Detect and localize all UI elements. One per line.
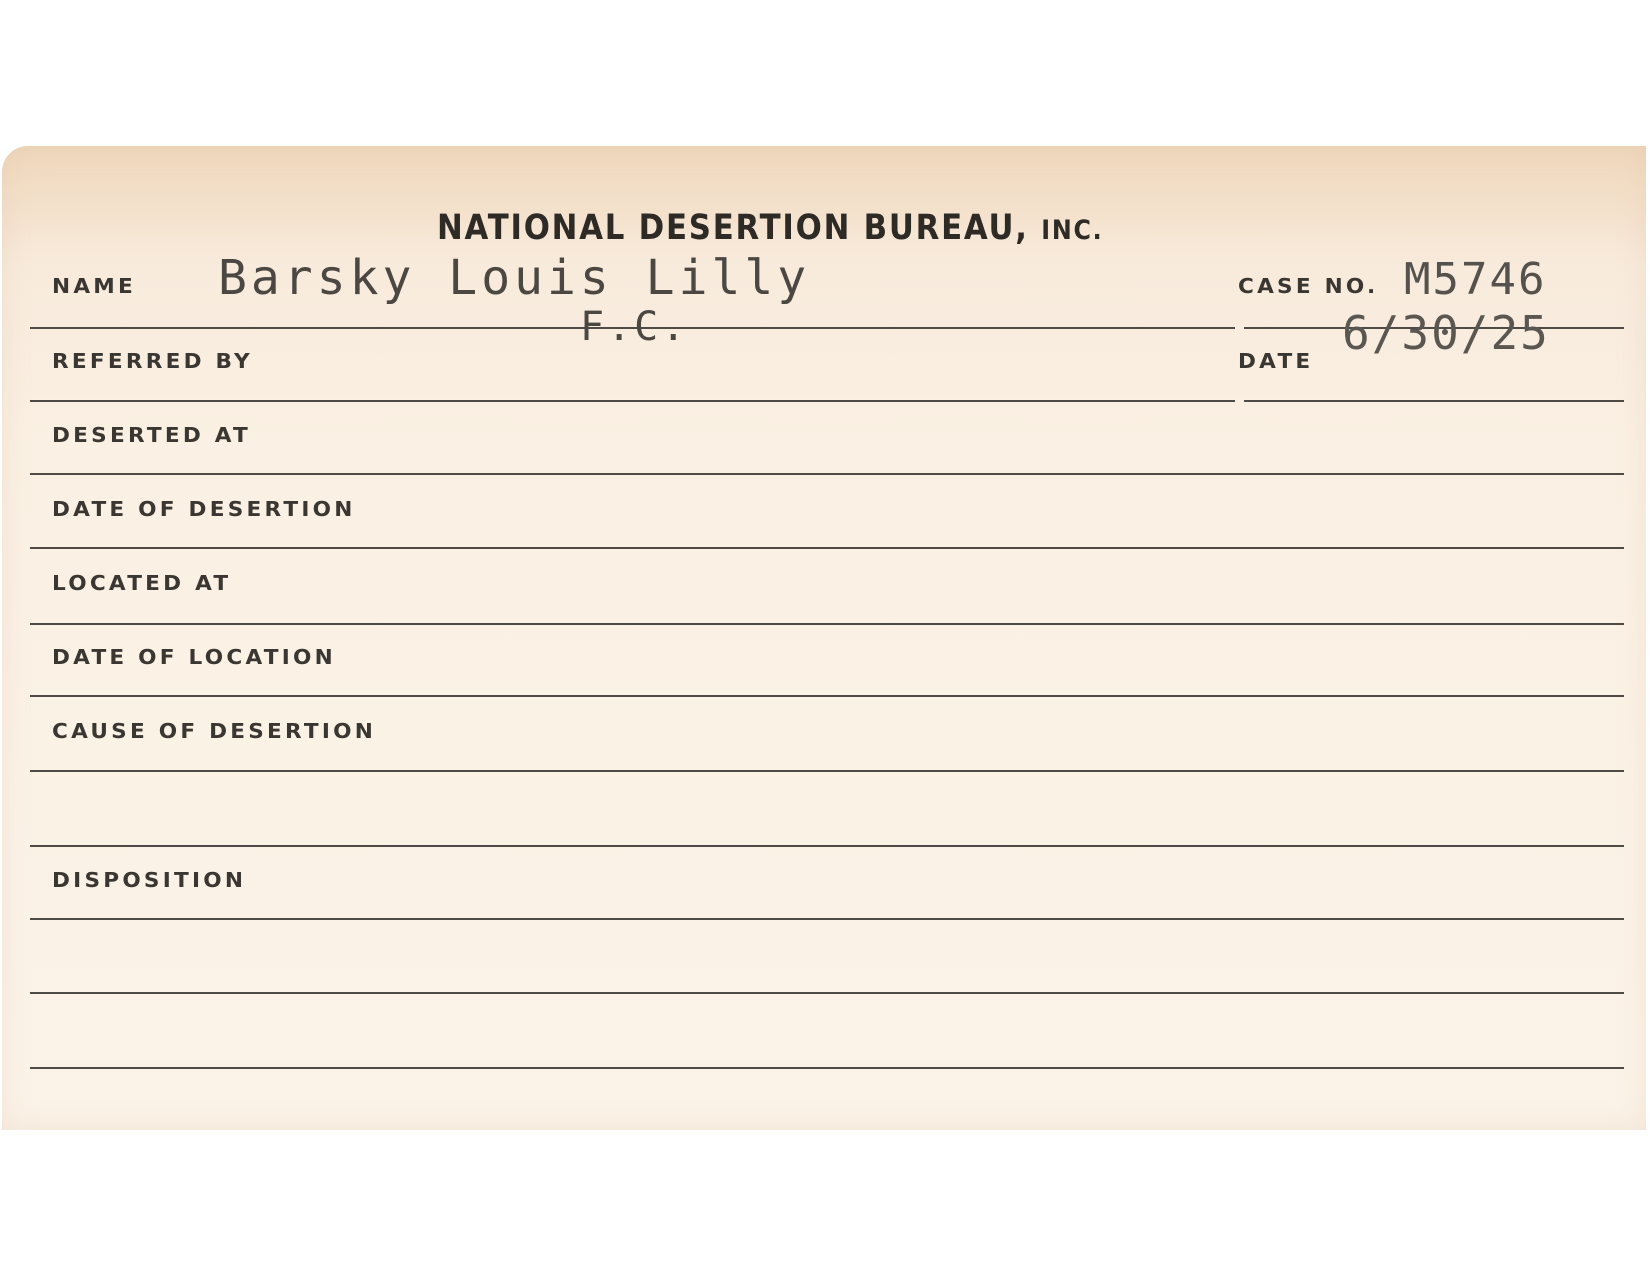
bureau-name: NATIONAL DESERTION BUREAU, bbox=[437, 208, 1029, 248]
deserted-at-line[interactable] bbox=[30, 473, 1624, 475]
cause-of-desertion-line-2[interactable] bbox=[30, 845, 1624, 847]
bureau-suffix: INC. bbox=[1041, 215, 1103, 246]
disposition-label: DISPOSITION bbox=[52, 868, 246, 892]
case-no-value[interactable]: M5746 bbox=[1404, 254, 1546, 305]
card-title: NATIONAL DESERTION BUREAU, INC. bbox=[437, 208, 1103, 248]
date-of-desertion-line[interactable] bbox=[30, 547, 1624, 549]
date-value[interactable]: 6/30/25 bbox=[1342, 306, 1550, 360]
desertion-index-card: NATIONAL DESERTION BUREAU, INC. NAME Bar… bbox=[2, 146, 1646, 1130]
date-line bbox=[1244, 400, 1624, 402]
cause-of-desertion-label: CAUSE OF DESERTION bbox=[52, 719, 376, 743]
date-of-desertion-label: DATE OF DESERTION bbox=[52, 497, 356, 521]
referred-by-value[interactable]: F.C. bbox=[580, 304, 688, 350]
referred-by-line bbox=[30, 400, 1235, 402]
disposition-line-3[interactable] bbox=[30, 1067, 1624, 1069]
located-at-line[interactable] bbox=[30, 623, 1624, 625]
disposition-line-2[interactable] bbox=[30, 992, 1624, 994]
deserted-at-label: DESERTED AT bbox=[52, 423, 251, 447]
date-of-location-label: DATE OF LOCATION bbox=[52, 645, 336, 669]
name-label: NAME bbox=[52, 274, 136, 298]
located-at-label: LOCATED AT bbox=[52, 571, 231, 595]
name-value[interactable]: Barsky Louis Lilly bbox=[218, 250, 810, 306]
referred-by-label: REFERRED BY bbox=[52, 349, 253, 373]
date-label: DATE bbox=[1238, 349, 1313, 373]
case-no-label: CASE NO. bbox=[1238, 274, 1379, 298]
cause-of-desertion-line-1[interactable] bbox=[30, 770, 1624, 772]
disposition-line-1[interactable] bbox=[30, 918, 1624, 920]
date-of-location-line[interactable] bbox=[30, 695, 1624, 697]
